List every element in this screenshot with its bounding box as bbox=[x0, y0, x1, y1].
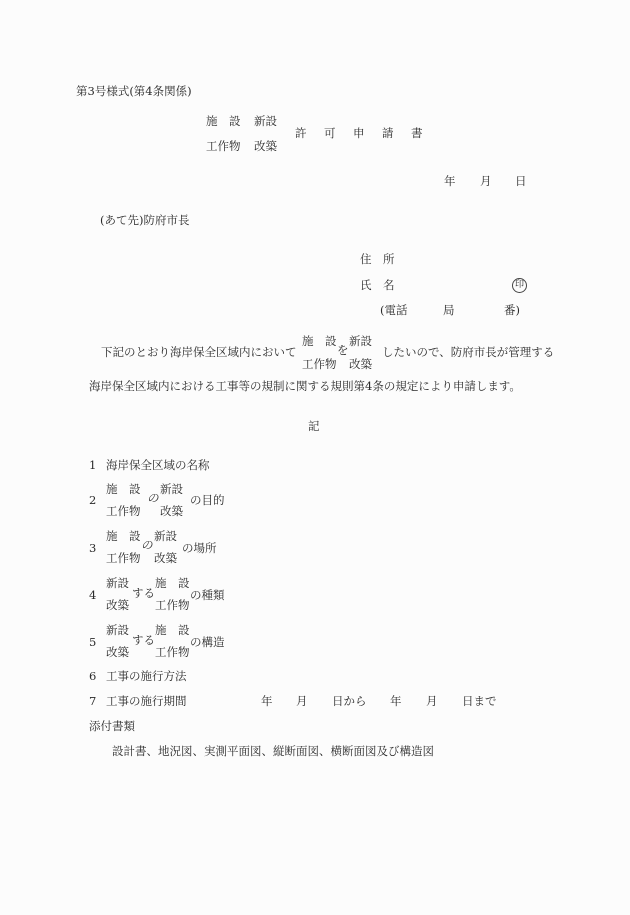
period-start-year: 年 bbox=[261, 696, 273, 708]
item-4-suffix: の種類 bbox=[190, 590, 225, 602]
item-5-choice-a: 新設 改築 bbox=[106, 625, 129, 658]
title-choice-action: 新設 改築 bbox=[254, 116, 277, 152]
item-4-choice-b-bottom: 工作物 bbox=[155, 600, 190, 612]
name-label: 氏 名 bbox=[360, 280, 395, 292]
body-choice-object: 施 設 工作物 bbox=[302, 336, 337, 370]
item-2-choice-b: 新設 改築 bbox=[160, 484, 183, 517]
title-choice-facility: 施 設 工作物 bbox=[206, 116, 241, 152]
item-5-suffix: の構造 bbox=[190, 637, 225, 649]
item-2-choice-a: 施 設 工作物 bbox=[106, 484, 141, 517]
item-4-choice-a: 新設 改築 bbox=[106, 578, 129, 611]
title-choice-facility-top: 施 設 bbox=[206, 116, 241, 128]
item-3-choice-a-bottom: 工作物 bbox=[106, 553, 141, 565]
phone-open: (電話 bbox=[380, 305, 408, 317]
body-choice-object-bottom: 工作物 bbox=[302, 359, 337, 371]
item-5-choice-b-bottom: 工作物 bbox=[155, 647, 190, 659]
attachments-list: 設計書、地況図、実測平面図、縦断面図、横断面図及び構造図 bbox=[112, 746, 434, 758]
document-title: 許 可 申 請 書 bbox=[295, 128, 426, 140]
body-line1-suffix: したいので、防府市長が管理する bbox=[382, 347, 554, 359]
form-number: 第3号様式(第4条関係) bbox=[76, 86, 192, 98]
item-6-text: 工事の施行方法 bbox=[106, 671, 187, 683]
addressee: (あて先)防府市長 bbox=[100, 215, 189, 227]
item-3-connector: の bbox=[141, 540, 153, 552]
item-3-choice-b-top: 新設 bbox=[154, 531, 177, 543]
period-end-year: 年 bbox=[390, 696, 402, 708]
item-2-connector: の bbox=[147, 493, 159, 505]
item-5-choice-a-bottom: 改築 bbox=[106, 647, 129, 659]
item-2-number: 2 bbox=[89, 495, 96, 507]
body-line2: 海岸保全区域内における工事等の規制に関する規則第4条の規定により申請します。 bbox=[89, 381, 521, 393]
item-4-number: 4 bbox=[89, 590, 96, 602]
item-3-choice-a: 施 設 工作物 bbox=[106, 531, 141, 564]
date-month-label: 月 bbox=[480, 176, 492, 188]
phone-number-label: 番) bbox=[504, 305, 520, 317]
item-1-number: 1 bbox=[89, 460, 96, 472]
phone-exchange-label: 局 bbox=[443, 305, 455, 317]
item-1-text: 海岸保全区域の名称 bbox=[106, 460, 210, 472]
item-4-choice-b: 施 設 工作物 bbox=[155, 578, 190, 611]
address-label: 住 所 bbox=[360, 254, 395, 266]
item-7-text: 工事の施行期間 bbox=[106, 696, 187, 708]
item-2-suffix: の目的 bbox=[190, 495, 225, 507]
title-choice-facility-bottom: 工作物 bbox=[206, 141, 241, 153]
attachments-heading: 添付書類 bbox=[89, 721, 135, 733]
ki-heading: 記 bbox=[308, 421, 320, 433]
period-end-month: 月 bbox=[426, 696, 438, 708]
title-choice-action-bottom: 改築 bbox=[254, 141, 277, 153]
body-choice-action-top: 新設 bbox=[349, 336, 372, 348]
body-choice-object-top: 施 設 bbox=[302, 336, 337, 348]
item-3-choice-b-bottom: 改築 bbox=[154, 553, 177, 565]
seal-mark-icon: 印 bbox=[512, 278, 527, 293]
item-4-choice-a-top: 新設 bbox=[106, 578, 129, 590]
period-end-day: 日まで bbox=[462, 696, 497, 708]
item-7-number: 7 bbox=[89, 696, 96, 708]
item-2-choice-a-top: 施 設 bbox=[106, 484, 141, 496]
body-particle-wo: を bbox=[337, 345, 349, 357]
item-4-connector: する bbox=[132, 588, 155, 600]
item-5-choice-a-top: 新設 bbox=[106, 625, 129, 637]
item-2-choice-b-bottom: 改築 bbox=[160, 506, 183, 518]
title-choice-action-top: 新設 bbox=[254, 116, 277, 128]
item-2-choice-b-top: 新設 bbox=[160, 484, 183, 496]
item-5-choice-b-top: 施 設 bbox=[155, 625, 190, 637]
item-3-choice-b: 新設 改築 bbox=[154, 531, 177, 564]
item-4-choice-b-top: 施 設 bbox=[155, 578, 190, 590]
item-5-connector: する bbox=[132, 635, 155, 647]
date-day-label: 日 bbox=[515, 176, 527, 188]
item-5-number: 5 bbox=[89, 637, 96, 649]
item-3-choice-a-top: 施 設 bbox=[106, 531, 141, 543]
item-5-choice-b: 施 設 工作物 bbox=[155, 625, 190, 658]
body-line1-prefix: 下記のとおり海岸保全区域内において bbox=[101, 347, 297, 359]
body-choice-action-bottom: 改築 bbox=[349, 359, 372, 371]
date-year-label: 年 bbox=[444, 176, 456, 188]
period-start-month: 月 bbox=[296, 696, 308, 708]
item-3-suffix: の場所 bbox=[182, 543, 217, 555]
body-choice-action: 新設 改築 bbox=[349, 336, 372, 370]
item-6-number: 6 bbox=[89, 671, 96, 683]
item-2-choice-a-bottom: 工作物 bbox=[106, 506, 141, 518]
item-4-choice-a-bottom: 改築 bbox=[106, 600, 129, 612]
period-start-day: 日から bbox=[332, 696, 367, 708]
item-3-number: 3 bbox=[89, 543, 96, 555]
